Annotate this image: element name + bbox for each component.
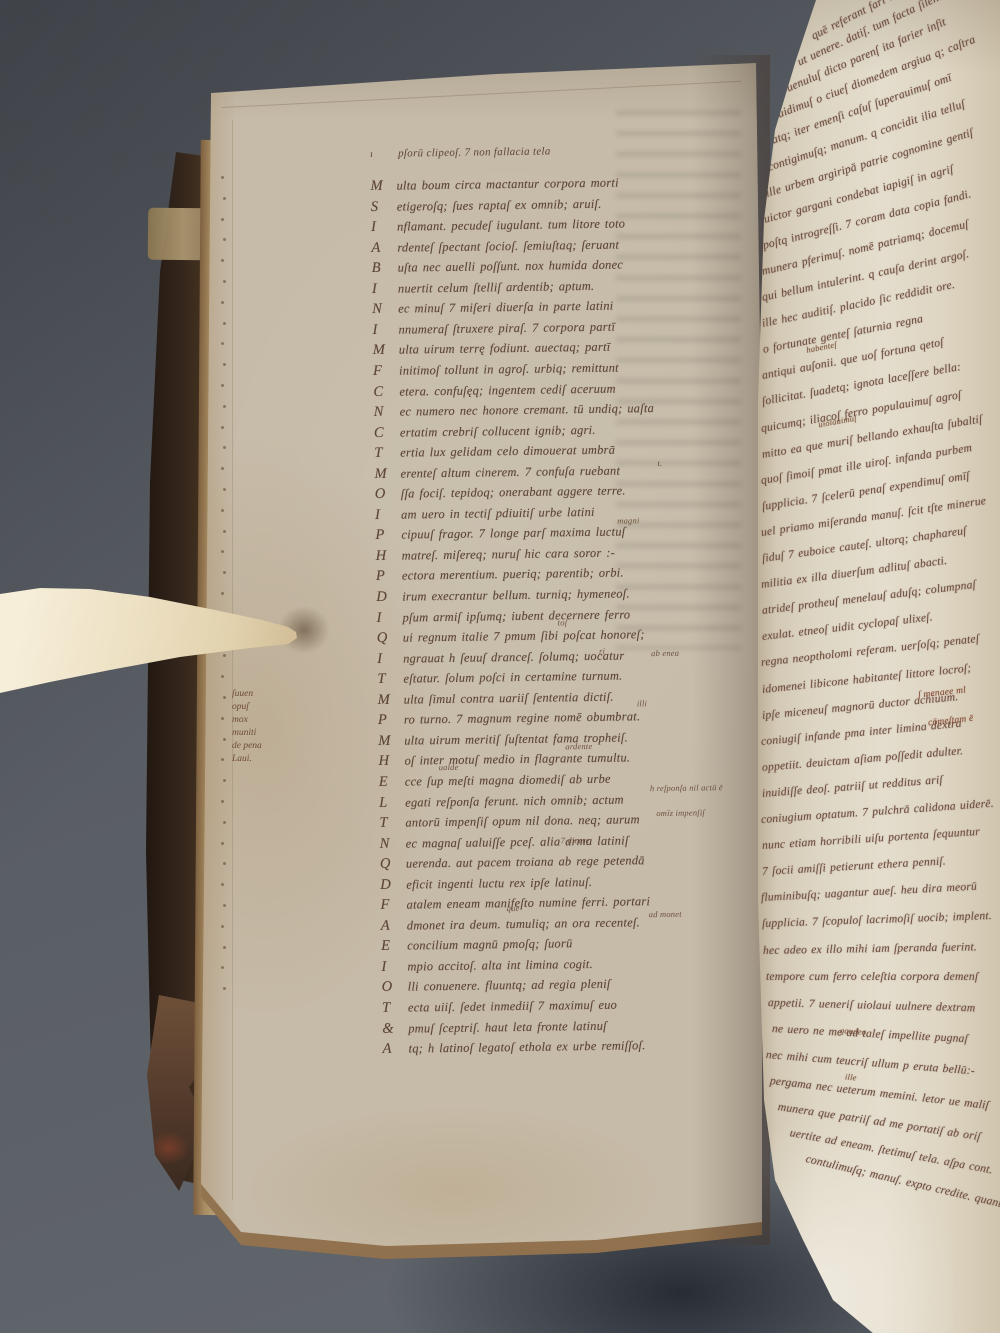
margin-note-line: Laui. (232, 753, 262, 766)
margin-note-line: mox (232, 714, 262, 727)
interlinear-gloss: ab enea (651, 648, 679, 658)
gloss-layer-right: habenteſ uiolauimuſ ſ menaee ml cōmeſtam… (740, 0, 1000, 1333)
interlinear-gloss: toſ (558, 617, 568, 627)
pricking-holes (221, 176, 227, 1036)
interlinear-gloss: 7 dicere (561, 835, 590, 845)
interlinear-gloss: ad monet (649, 909, 682, 919)
marginal-gloss: cōmeſtam ē (928, 714, 974, 729)
interlinear-gloss: ualde (439, 762, 459, 772)
margin-note-line: muniti (232, 727, 262, 740)
interlinear-gloss: ri (599, 646, 605, 656)
marginal-gloss: gaudeo (840, 1025, 867, 1037)
interlinear-gloss: magni (617, 515, 639, 525)
interlinear-gloss: t. (657, 458, 662, 468)
photo-of-manuscript: ıpſorū clipeoſ. 7 non fallacia tela Mult… (0, 0, 1000, 1333)
marginal-gloss: uiolauimuſ (817, 413, 857, 430)
margin-note-line: ſuuen (232, 688, 262, 701)
interlinear-gloss: illi (637, 698, 647, 708)
gloss-layer-left: t. magni toſ ri ab enea illi ardente ual… (370, 143, 724, 1128)
marginal-gloss: ille (845, 1071, 858, 1082)
margin-note-line: opuſ (232, 701, 262, 714)
page-crease-left (232, 120, 233, 1200)
interlinear-gloss: que (507, 903, 520, 913)
manuscript-text-left: ıpſorū clipeoſ. 7 non fallacia tela Mult… (370, 143, 724, 1128)
marginal-gloss: habenteſ (805, 339, 837, 355)
interlinear-gloss: ardente (565, 741, 592, 751)
left-page: ıpſorū clipeoſ. 7 non fallacia tela Mult… (196, 60, 766, 1275)
margin-note-line: de pena (232, 740, 262, 753)
marginal-gloss: ſ menaee ml (918, 686, 967, 701)
margin-note: ſuuenopuſmoxmunitide penaLaui. (232, 688, 262, 766)
right-page: quē referant fari iubet. 7 reſponſa repo… (740, 0, 1000, 1333)
